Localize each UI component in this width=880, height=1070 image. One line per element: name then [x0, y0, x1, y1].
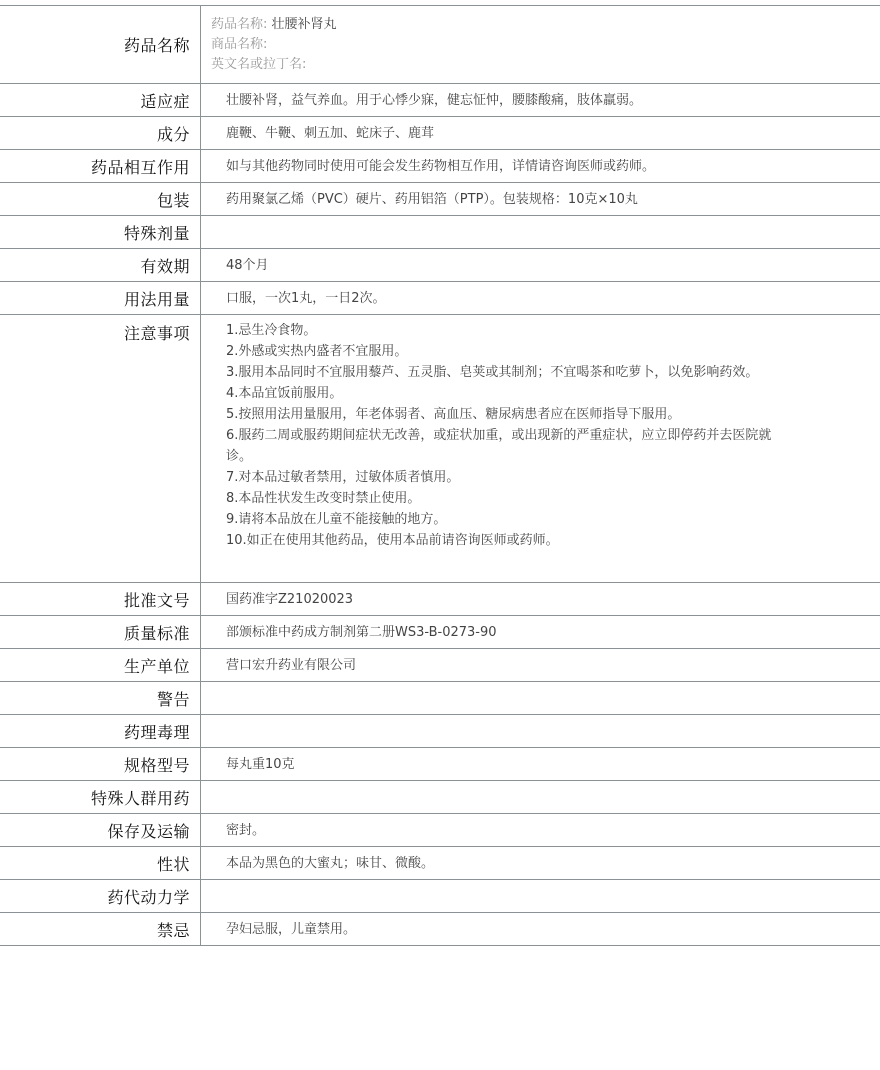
row-label: 药理毒理 [0, 715, 201, 748]
row-specification: 规格型号 每丸重10克 [0, 748, 880, 781]
row-label: 规格型号 [0, 748, 201, 781]
row-label: 禁忌 [0, 913, 201, 946]
precaution-item: 1.忌生冷食物。 [226, 320, 775, 341]
precautions-list: 1.忌生冷食物。 2.外感或实热内盛者不宜服用。 3.服用本品同时不宜服用藜芦、… [201, 315, 880, 583]
english-name-label: 英文名或拉丁名: [211, 57, 306, 72]
row-value: 孕妇忌服，儿童禁用。 [201, 913, 880, 946]
row-label: 特殊人群用药 [0, 781, 201, 814]
row-label: 药品相互作用 [0, 150, 201, 183]
row-manufacturer: 生产单位 营口宏升药业有限公司 [0, 649, 880, 682]
row-label: 保存及运输 [0, 814, 201, 847]
row-value: 鹿鞭、牛鞭、刺五加、蛇床子、鹿茸 [201, 117, 880, 150]
row-contraindications: 禁忌 孕妇忌服，儿童禁用。 [0, 913, 880, 946]
row-indications: 适应症 壮腰补肾，益气养血。用于心悸少寐，健忘怔忡，腰膝酸痛，肢体羸弱。 [0, 84, 880, 117]
row-drug-name: 药品名称 药品名称: 壮腰补肾丸 商品名称: 英文名或拉丁名: [0, 6, 880, 84]
row-value: 口服，一次1丸，一日2次。 [201, 282, 880, 315]
row-value [201, 715, 880, 748]
row-value [201, 880, 880, 913]
precaution-item: 7.对本品过敏者禁用，过敏体质者慎用。 [226, 467, 775, 488]
generic-name-line: 药品名称: 壮腰补肾丸 [211, 15, 880, 35]
row-storage-transport: 保存及运输 密封。 [0, 814, 880, 847]
row-shelf-life: 有效期 48个月 [0, 249, 880, 282]
row-warning: 警告 [0, 682, 880, 715]
row-value: 本品为黑色的大蜜丸；味甘、微酸。 [201, 847, 880, 880]
precaution-item: 9.请将本品放在儿童不能接触的地方。 [226, 509, 775, 530]
row-special-populations: 特殊人群用药 [0, 781, 880, 814]
row-label: 适应症 [0, 84, 201, 117]
row-label: 质量标准 [0, 616, 201, 649]
row-label: 警告 [0, 682, 201, 715]
row-label: 用法用量 [0, 282, 201, 315]
row-label: 注意事项 [0, 315, 201, 583]
row-ingredients: 成分 鹿鞭、牛鞭、刺五加、蛇床子、鹿茸 [0, 117, 880, 150]
precaution-item: 6.服药二周或服药期间症状无改善，或症状加重，或出现新的严重症状，应立即停药并去… [226, 425, 775, 467]
row-interactions: 药品相互作用 如与其他药物同时使用可能会发生药物相互作用，详情请咨询医师或药师。 [0, 150, 880, 183]
precaution-item: 3.服用本品同时不宜服用藜芦、五灵脂、皂荚或其制剂；不宜喝茶和吃萝卜，以免影响药… [226, 362, 775, 383]
row-label: 药品名称 [0, 6, 201, 84]
row-packaging: 包装 药用聚氯乙烯（PVC）硬片、药用铝箔（PTP）。包装规格：10克×10丸 [0, 183, 880, 216]
row-pharmacokinetics: 药代动力学 [0, 880, 880, 913]
precaution-item: 8.本品性状发生改变时禁止使用。 [226, 488, 775, 509]
row-value: 48个月 [201, 249, 880, 282]
row-value: 密封。 [201, 814, 880, 847]
row-appearance: 性状 本品为黑色的大蜜丸；味甘、微酸。 [0, 847, 880, 880]
precaution-item: 10.如正在使用其他药品，使用本品前请咨询医师或药师。 [226, 530, 775, 551]
trade-name-label: 商品名称: [211, 37, 267, 52]
row-value: 国药准字Z21020023 [201, 583, 880, 616]
row-label: 生产单位 [0, 649, 201, 682]
row-quality-standard: 质量标准 部颁标准中药成方制剂第二册WS3-B-0273-90 [0, 616, 880, 649]
row-pharmacology-toxicology: 药理毒理 [0, 715, 880, 748]
generic-name-label: 药品名称: [211, 17, 267, 32]
row-value: 每丸重10克 [201, 748, 880, 781]
row-label: 药代动力学 [0, 880, 201, 913]
row-value: 营口宏升药业有限公司 [201, 649, 880, 682]
row-label: 包装 [0, 183, 201, 216]
row-label: 有效期 [0, 249, 201, 282]
row-value [201, 781, 880, 814]
drug-spec-table: 药品名称 药品名称: 壮腰补肾丸 商品名称: 英文名或拉丁名: 适应症 壮腰补肾… [0, 5, 880, 946]
row-value: 如与其他药物同时使用可能会发生药物相互作用，详情请咨询医师或药师。 [201, 150, 880, 183]
row-value: 药品名称: 壮腰补肾丸 商品名称: 英文名或拉丁名: [201, 6, 880, 84]
row-precautions: 注意事项 1.忌生冷食物。 2.外感或实热内盛者不宜服用。 3.服用本品同时不宜… [0, 315, 880, 583]
row-value [201, 682, 880, 715]
precaution-item: 2.外感或实热内盛者不宜服用。 [226, 341, 775, 362]
row-value: 壮腰补肾，益气养血。用于心悸少寐，健忘怔忡，腰膝酸痛，肢体羸弱。 [201, 84, 880, 117]
row-label: 特殊剂量 [0, 216, 201, 249]
row-label: 成分 [0, 117, 201, 150]
row-value [201, 216, 880, 249]
precaution-item: 4.本品宜饭前服用。 [226, 383, 775, 404]
trade-name-line: 商品名称: [211, 35, 880, 55]
row-value: 部颁标准中药成方制剂第二册WS3-B-0273-90 [201, 616, 880, 649]
row-label: 批准文号 [0, 583, 201, 616]
row-value: 药用聚氯乙烯（PVC）硬片、药用铝箔（PTP）。包装规格：10克×10丸 [201, 183, 880, 216]
precaution-item: 5.按照用法用量服用，年老体弱者、高血压、糖尿病患者应在医师指导下服用。 [226, 404, 775, 425]
generic-name-value: 壮腰补肾丸 [272, 17, 337, 32]
english-name-line: 英文名或拉丁名: [211, 55, 880, 75]
row-usage: 用法用量 口服，一次1丸，一日2次。 [0, 282, 880, 315]
row-special-dosage: 特殊剂量 [0, 216, 880, 249]
row-label: 性状 [0, 847, 201, 880]
row-approval-number: 批准文号 国药准字Z21020023 [0, 583, 880, 616]
